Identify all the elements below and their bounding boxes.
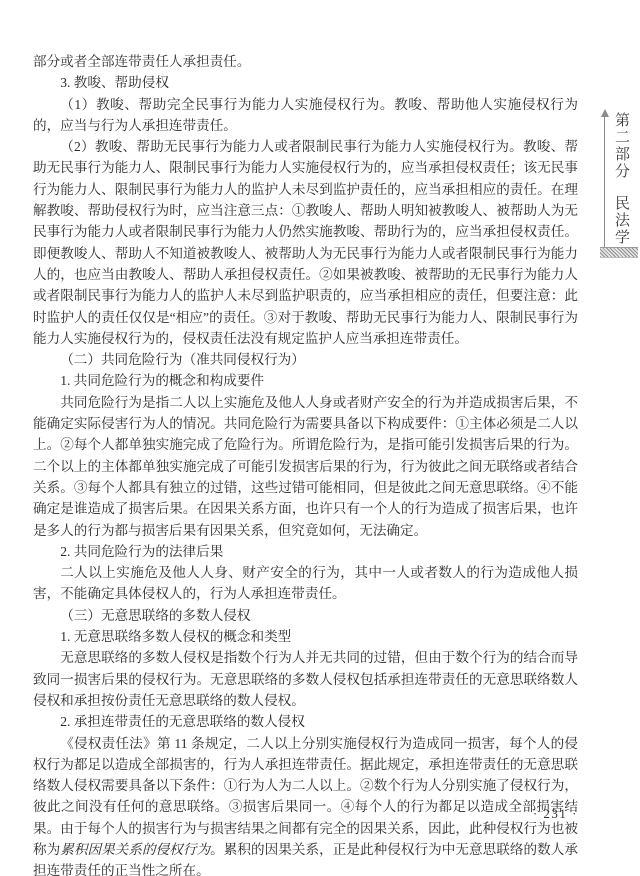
paragraph: 二人以上实施危及他人人身、财产安全的行为，其中一人或者数人的行为造成他人损害，不… <box>33 562 578 605</box>
text-run: （三）无意思联络的多数人侵权 <box>60 608 250 623</box>
text-run: （2）教唆、帮助无民事行为能力人或者限制民事行为能力人实施侵权行为。教唆、帮助无… <box>33 139 578 346</box>
paragraph: 1. 无意思联络多数人侵权的概念和类型 <box>33 626 578 647</box>
book-page: 第二部分民法学 部分或者全部连带责任人承担责任。3. 教唆、帮助侵权（1）教唆、… <box>0 0 640 876</box>
paragraph: （三）无意思联络的多数人侵权 <box>33 605 578 626</box>
chapter-tab-text: 第二部分民法学 <box>611 112 632 252</box>
text-run: 1. 无意思联络多数人侵权的概念和类型 <box>60 629 291 644</box>
paragraph: 3. 教唆、帮助侵权 <box>33 72 578 93</box>
paragraph: （1）教唆、帮助完全民事行为能力人实施侵权行为。教唆、帮助他人实施侵权行为的，应… <box>33 94 578 137</box>
paragraph: 无意思联络的多数人侵权是指数个行为人并无共同的过错，但由于数个行为的结合而导致同… <box>33 647 578 711</box>
subject-label: 民法学 <box>613 195 629 246</box>
page-number: · 231 · <box>533 806 578 822</box>
paragraph: 2. 共同危险行为的法律后果 <box>33 541 578 562</box>
chapter-tab: 第二部分民法学 <box>598 107 640 259</box>
up-arrow-icon <box>604 117 605 247</box>
text-run: 2. 承担连带责任的无意思联络的数人侵权 <box>60 714 305 729</box>
text-run: 《侵权责任法》第 11 条规定，二人以上分别实施侵权行为造成同一损害，每个人的侵… <box>33 736 578 857</box>
paragraph: （2）教唆、帮助无民事行为能力人或者限制民事行为能力人实施侵权行为。教唆、帮助无… <box>33 136 578 349</box>
paragraph: 《侵权责任法》第 11 条规定，二人以上分别实施侵权行为造成同一损害，每个人的侵… <box>33 733 578 876</box>
paragraph: 共同危险行为是指二人以上实施危及他人人身或者财产安全的行为并造成损害后果，不能确… <box>33 392 578 541</box>
text-run: 无意思联络的多数人侵权是指数个行为人并无共同的过错，但由于数个行为的结合而导致同… <box>33 650 578 708</box>
tab-hatch-decoration <box>600 247 638 258</box>
text-run: 共同危险行为是指二人以上实施危及他人人身或者财产安全的行为并造成损害后果，不能确… <box>33 395 578 538</box>
text-run: 部分或者全部连带责任人承担责任。 <box>33 54 251 69</box>
page-body: 部分或者全部连带责任人承担责任。3. 教唆、帮助侵权（1）教唆、帮助完全民事行为… <box>33 51 578 876</box>
text-run: 二人以上实施危及他人人身、财产安全的行为，其中一人或者数人的行为造成他人损害，不… <box>33 565 578 601</box>
text-run: 2. 共同危险行为的法律后果 <box>60 544 223 559</box>
paragraph: （二）共同危险行为（准共同侵权行为） <box>33 349 578 370</box>
paragraph: 2. 承担连带责任的无意思联络的数人侵权 <box>33 711 578 732</box>
part-label: 第二部分 <box>613 112 629 180</box>
text-run: （1）教唆、帮助完全民事行为能力人实施侵权行为。教唆、帮助他人实施侵权行为的，应… <box>33 97 578 133</box>
text-run: 1. 共同危险行为的概念和构成要件 <box>60 373 264 388</box>
paragraph: 部分或者全部连带责任人承担责任。 <box>33 51 578 72</box>
text-run: （二）共同危险行为（准共同侵权行为） <box>60 352 305 367</box>
text-run: 3. 教唆、帮助侵权 <box>60 75 169 90</box>
paragraph: 1. 共同危险行为的概念和构成要件 <box>33 370 578 391</box>
emphasized-text: 累积因果关系的侵权行为 <box>60 842 210 857</box>
